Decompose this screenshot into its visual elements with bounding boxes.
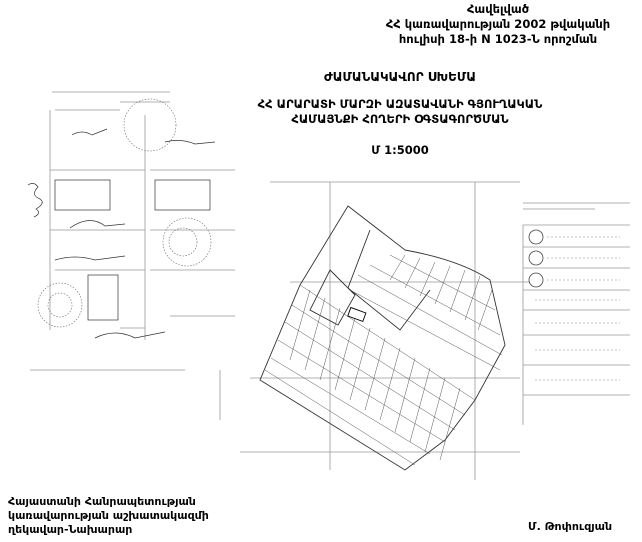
signature-right: Մ. Թոփուզյան bbox=[528, 520, 612, 533]
map-legend bbox=[515, 195, 642, 430]
approval-line-2: ՀՀ կառավարության 2002 թվականի bbox=[368, 17, 628, 32]
signature-left: Հայաստանի Հանրապետության կառավարության ա… bbox=[8, 495, 209, 537]
approval-line-3: հուլիսի 18-ի N 1023-Ն որոշման bbox=[368, 32, 628, 47]
map-label-box bbox=[348, 308, 366, 322]
signature-left-line-3: ղեկավար-Նախարար bbox=[8, 523, 209, 537]
cadastral-map bbox=[230, 170, 530, 490]
signature-left-line-2: կառավարության աշխատակազմի bbox=[8, 509, 209, 523]
stamp-icon bbox=[124, 99, 176, 151]
approval-block: Հավելված ՀՀ կառավարության 2002 թվականի հ… bbox=[368, 2, 628, 47]
signature-left-line-1: Հայաստանի Հանրապետության bbox=[8, 495, 209, 509]
scanned-approval-sheet bbox=[0, 80, 260, 440]
approval-line-1: Հավելված bbox=[368, 2, 628, 17]
parcel-grid bbox=[265, 255, 502, 465]
